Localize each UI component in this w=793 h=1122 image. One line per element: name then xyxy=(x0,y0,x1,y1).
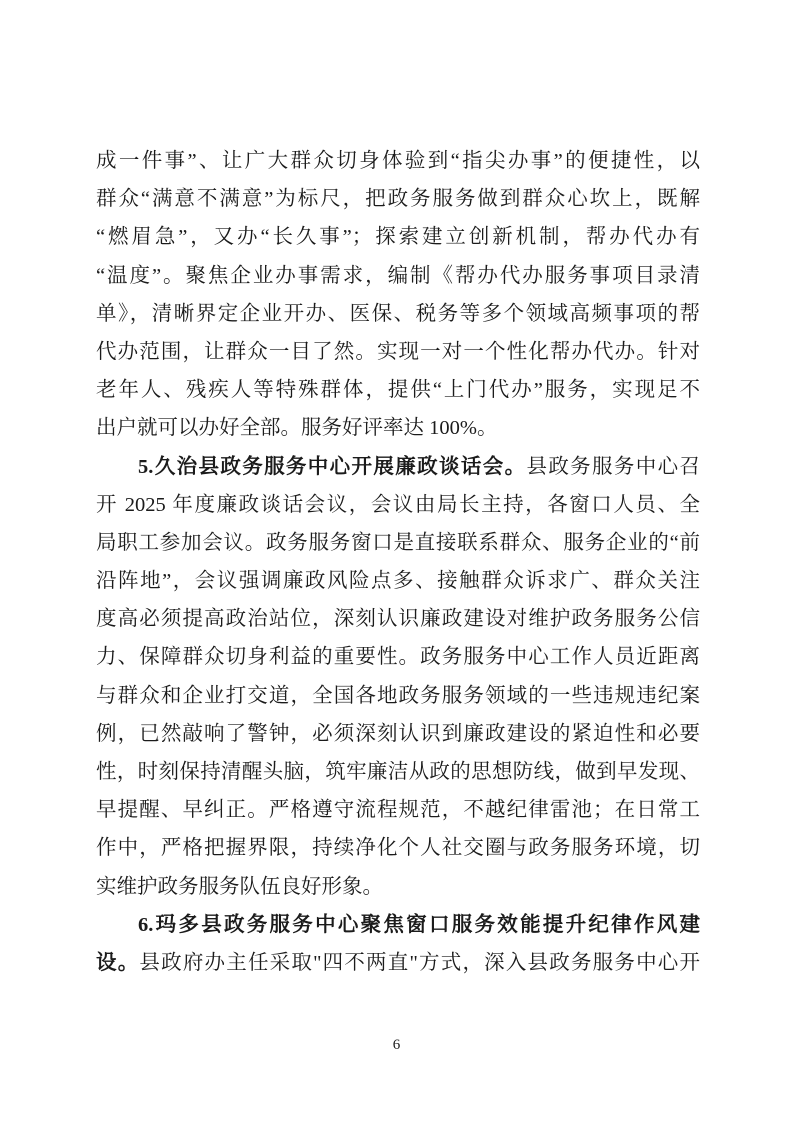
text-run: 单》，清晰界定企业开办、医保、税务等多个领域高频事项的帮 xyxy=(96,303,700,325)
text-line: 群众“满意不满意”为标尺，把政务服务做到群众心坎上，既解 xyxy=(96,180,700,218)
bold-text-run: 5.久治县政务服务中心开展廉政谈话会。 xyxy=(138,456,526,478)
document-body: 成一件事”、让广大群众切身体验到“指尖办事”的便捷性，以群众“满意不满意”为标尺… xyxy=(96,142,700,982)
text-run: 与群众和企业打交道，全国各地政务服务领域的一些违规违纪案 xyxy=(96,685,700,707)
text-run: 出户就可以办好全部。服务好评率达 100%。 xyxy=(96,417,497,439)
document-page: 成一件事”、让广大群众切身体验到“指尖办事”的便捷性，以群众“满意不满意”为标尺… xyxy=(0,0,793,1122)
paragraph-item6: 6.玛多县政务服务中心聚焦窗口服务效能提升纪律作风建设。县政府办主任采取"四不两… xyxy=(96,906,700,982)
text-line: “温度”。聚焦企业办事需求，编制《帮办代办服务事项目录清 xyxy=(96,257,700,295)
text-line: “燃眉急”，又办“长久事”；探索建立创新机制，帮办代办有 xyxy=(96,218,700,256)
text-line: 代办范围，让群众一目了然。实现一对一个性化帮办代办。针对 xyxy=(96,333,700,371)
text-line: 老年人、残疾人等特殊群体，提供“上门代办”服务，实现足不 xyxy=(96,371,700,409)
text-run: 度高必须提高政治站位，深刻认识廉政建设对维护政务服务公信 xyxy=(96,608,700,630)
text-line: 与群众和企业打交道，全国各地政务服务领域的一些违规违纪案 xyxy=(96,677,700,715)
page-number: 6 xyxy=(0,1036,793,1054)
text-line: 单》，清晰界定企业开办、医保、税务等多个领域高频事项的帮 xyxy=(96,295,700,333)
text-run: 老年人、残疾人等特殊群体，提供“上门代办”服务，实现足不 xyxy=(96,379,700,401)
text-run: 沿阵地”，会议强调廉政风险点多、接触群众诉求广、群众关注 xyxy=(96,570,700,592)
bold-text-run: 6.玛多县政务服务中心聚焦窗口服务效能提升纪律作风建 xyxy=(138,914,700,936)
text-line: 6.玛多县政务服务中心聚焦窗口服务效能提升纪律作风建 xyxy=(96,906,700,944)
paragraph-item4-continuation: 成一件事”、让广大群众切身体验到“指尖办事”的便捷性，以群众“满意不满意”为标尺… xyxy=(96,142,700,448)
text-run: 实维护政务服务队伍良好形象。 xyxy=(96,876,383,898)
text-line: 实维护政务服务队伍良好形象。 xyxy=(96,868,700,906)
text-line: 例，已然敲响了警钟，必须深刻认识到廉政建设的紧迫性和必要 xyxy=(96,715,700,753)
text-line: 性，时刻保持清醒头脑，筑牢廉洁从政的思想防线，做到早发现、 xyxy=(96,753,700,791)
text-line: 设。县政府办主任采取"四不两直"方式，深入县政务服务中心开 xyxy=(96,944,700,982)
text-run: 力、保障群众切身利益的重要性。政务服务中心工作人员近距离 xyxy=(96,646,700,668)
text-line: 开 2025 年度廉政谈话会议，会议由局长主持，各窗口人员、全 xyxy=(96,486,700,524)
text-run: 县政务服务中心召 xyxy=(526,456,700,478)
text-run: “温度”。聚焦企业办事需求，编制《帮办代办服务事项目录清 xyxy=(96,265,700,287)
text-run: 代办范围，让群众一目了然。实现一对一个性化帮办代办。针对 xyxy=(96,341,700,363)
text-line: 沿阵地”，会议强调廉政风险点多、接触群众诉求广、群众关注 xyxy=(96,562,700,600)
text-run: 县政府办主任采取"四不两直"方式，深入县政务服务中心开 xyxy=(139,952,700,974)
text-line: 力、保障群众切身利益的重要性。政务服务中心工作人员近距离 xyxy=(96,638,700,676)
text-run: 例，已然敲响了警钟，必须深刻认识到廉政建设的紧迫性和必要 xyxy=(96,723,700,745)
text-run: 成一件事”、让广大群众切身体验到“指尖办事”的便捷性，以 xyxy=(96,150,700,172)
paragraph-item5: 5.久治县政务服务中心开展廉政谈话会。县政务服务中心召开 2025 年度廉政谈话… xyxy=(96,448,700,906)
text-run: 群众“满意不满意”为标尺，把政务服务做到群众心坎上，既解 xyxy=(96,188,700,210)
bold-text-run: 设。 xyxy=(96,952,139,974)
text-run: 局职工参加会议。政务服务窗口是直接联系群众、服务企业的“前 xyxy=(96,532,700,554)
text-line: 度高必须提高政治站位，深刻认识廉政建设对维护政务服务公信 xyxy=(96,600,700,638)
text-line: 成一件事”、让广大群众切身体验到“指尖办事”的便捷性，以 xyxy=(96,142,700,180)
text-line: 5.久治县政务服务中心开展廉政谈话会。县政务服务中心召 xyxy=(96,448,700,486)
text-run: 早提醒、早纠正。严格遵守流程规范，不越纪律雷池；在日常工 xyxy=(96,799,700,821)
text-line: 出户就可以办好全部。服务好评率达 100%。 xyxy=(96,409,700,447)
text-line: 局职工参加会议。政务服务窗口是直接联系群众、服务企业的“前 xyxy=(96,524,700,562)
text-line: 作中，严格把握界限，持续净化个人社交圈与政务服务环境，切 xyxy=(96,829,700,867)
text-run: 开 2025 年度廉政谈话会议，会议由局长主持，各窗口人员、全 xyxy=(96,494,700,516)
text-run: 性，时刻保持清醒头脑，筑牢廉洁从政的思想防线，做到早发现、 xyxy=(96,761,700,783)
text-line: 早提醒、早纠正。严格遵守流程规范，不越纪律雷池；在日常工 xyxy=(96,791,700,829)
text-run: 作中，严格把握界限，持续净化个人社交圈与政务服务环境，切 xyxy=(96,837,700,859)
text-run: “燃眉急”，又办“长久事”；探索建立创新机制，帮办代办有 xyxy=(96,226,700,248)
